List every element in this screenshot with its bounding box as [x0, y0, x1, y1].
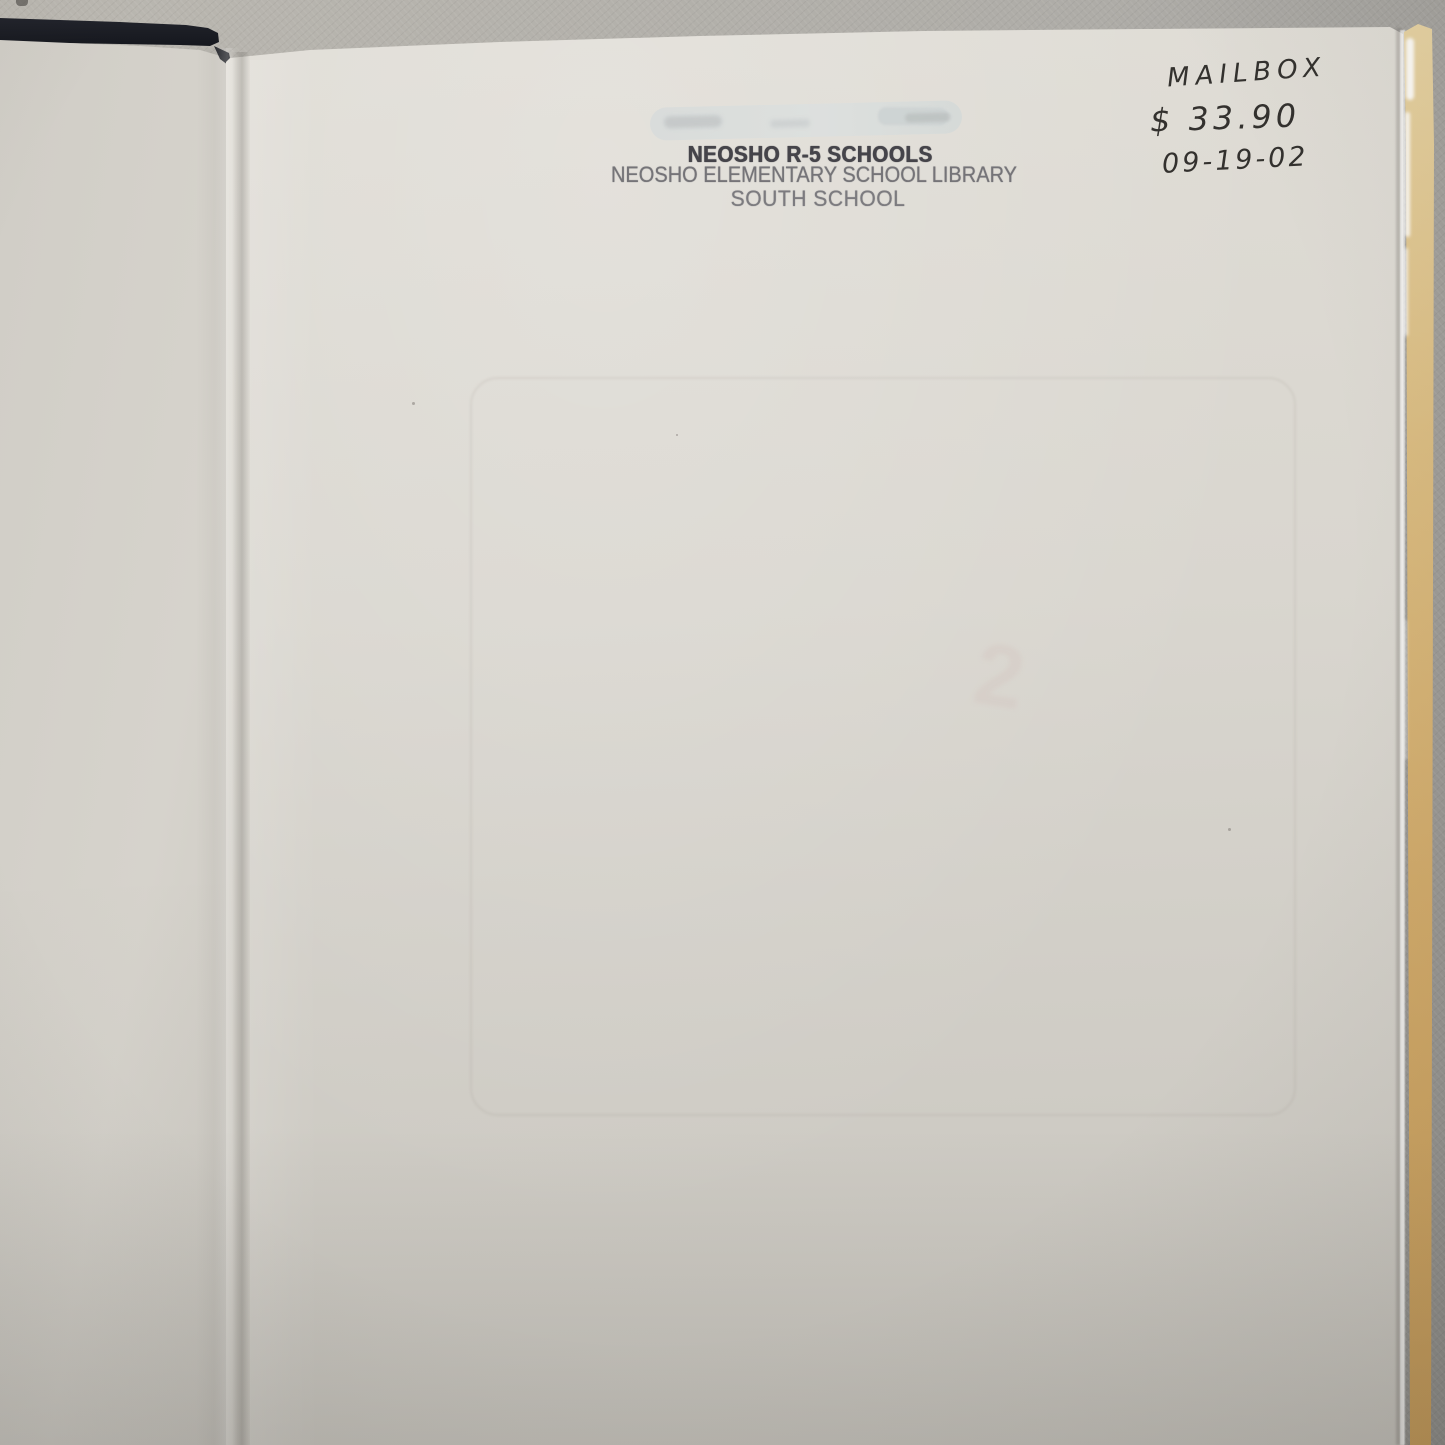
whiteout-smudge — [770, 119, 810, 128]
whiteout-smudge — [664, 115, 722, 128]
stamp-line-school: SOUTH SCHOOL — [731, 186, 906, 212]
stamp-line-library: NEOSHO ELEMENTARY SCHOOL LIBRARY — [611, 162, 1017, 188]
jacket-glare — [1405, 112, 1410, 237]
jacket-glare — [1406, 38, 1414, 100]
dust-speck — [16, 0, 28, 6]
page-curve-glow — [250, 60, 320, 1445]
handwritten-price: $ 33.90 — [1149, 96, 1300, 139]
dust-speck — [1228, 828, 1231, 831]
jacket-glare — [1404, 248, 1408, 336]
dust-speck — [676, 434, 678, 436]
book-gutter-crease — [232, 52, 250, 1445]
dust-speck — [412, 402, 415, 405]
ghost-impression — [470, 377, 1296, 1116]
whiteout-smudge — [905, 112, 951, 122]
jacket-glare — [1404, 620, 1407, 760]
photo-open-book: 2 NEOSHO R-5 SCHOOLS NEOSHO ELEMENTARY S… — [0, 0, 1445, 1445]
